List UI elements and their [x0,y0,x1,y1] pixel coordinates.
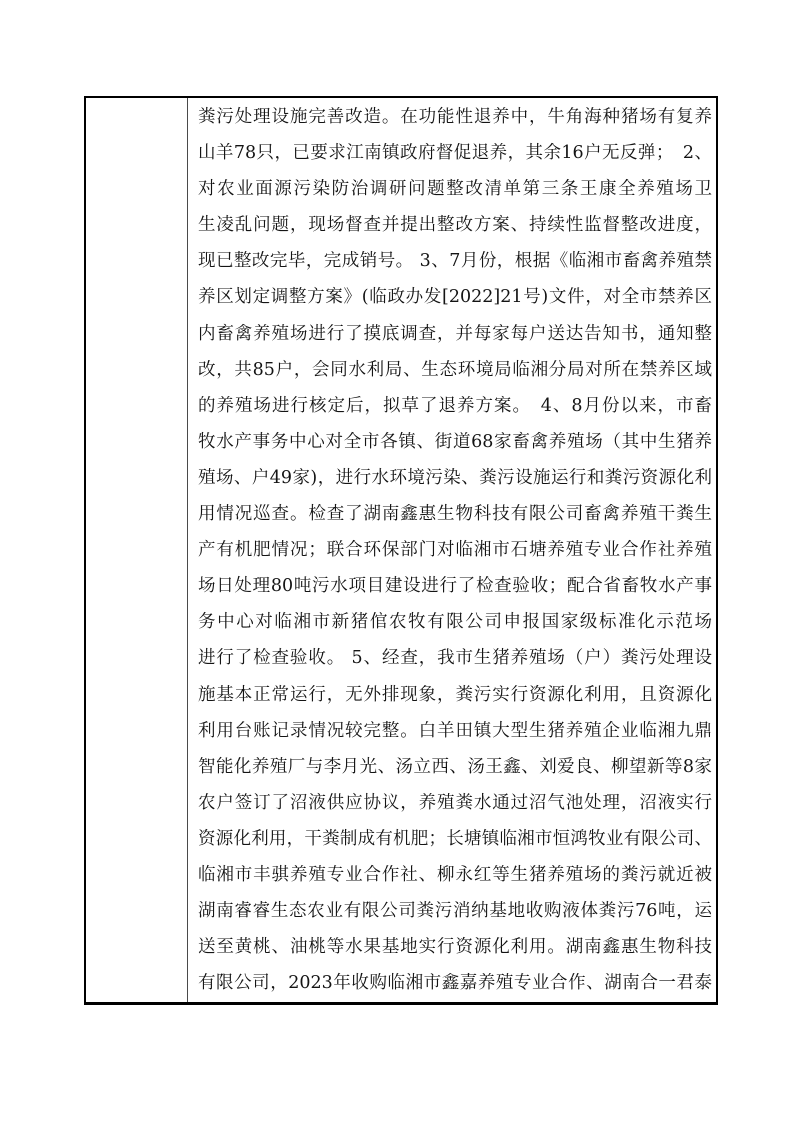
text-line: 农户签订了沼液供应协议，养殖粪水通过沼气池处理，沼液实行 [198,785,712,821]
text-line: 殖场、户49家)，进行水环境污染、粪污设施运行和粪污资源化利 [198,460,712,496]
text-line: 湖南睿睿生态农业有限公司粪污消纳基地收购液体粪污76吨，运 [198,893,712,929]
text-line: 资源化利用，干粪制成有机肥；长塘镇临湘市恒鸿牧业有限公司、 [198,821,712,857]
text-line: 内畜禽养殖场进行了摸底调查，并每家每户送达告知书，通知整 [198,316,712,352]
text-line: 产有机肥情况；联合环保部门对临湘市石塘养殖专业合作社养殖 [198,532,712,568]
text-line: 进行了检查验收。 5、经查，我市生猪养殖场（户）粪污处理设 [198,640,712,676]
text-line: 送至黄桃、油桃等水果基地实行资源化利用。湖南鑫惠生物科技 [198,929,712,965]
text-line: 养区划定调整方案》(临政办发[2022]21号)文件，对全市禁养区 [198,279,712,315]
text-line: 对农业面源污染防治调研问题整改清单第三条王康全养殖场卫 [198,171,712,207]
text-line: 利用台账记录情况较完整。白羊田镇大型生猪养殖企业临湘九鼎 [198,713,712,749]
text-line: 临湘市丰骐养殖专业合作社、柳永红等生猪养殖场的粪污就近被 [198,857,712,893]
text-line: 粪污处理设施完善改造。在功能性退养中，牛角海种猪场有复养 [198,99,712,135]
text-line: 施基本正常运行，无外排现象，粪污实行资源化利用，且资源化 [198,677,712,713]
text-line: 现已整改完毕，完成销号。 3、7月份，根据《临湘市畜禽养殖禁 [198,243,712,279]
content-table: 粪污处理设施完善改造。在功能性退养中，牛角海种猪场有复养 山羊78只，已要求江南… [84,96,718,1005]
text-line: 山羊78只，已要求江南镇政府督促退养，其余16户无反弹； 2、 [198,135,712,171]
text-line: 场日处理80吨污水项目建设进行了检查验收；配合省畜牧水产事 [198,568,712,604]
document-page: 粪污处理设施完善改造。在功能性退养中，牛角海种猪场有复养 山羊78只，已要求江南… [0,0,794,1122]
text-line: 务中心对临湘市新猪倌农牧有限公司申报国家级标准化示范场 [198,604,712,640]
text-line: 改，共85户，会同水利局、生态环境局临湘分局对所在禁养区域 [198,352,712,388]
row-content-cell: 粪污处理设施完善改造。在功能性退养中，牛角海种猪场有复养 山羊78只，已要求江南… [188,98,716,1002]
row-label-cell [86,98,188,1002]
text-line: 有限公司，2023年收购临湘市鑫嘉养殖专业合作、湖南合一君泰 [198,965,712,1001]
text-line: 生凌乱问题，现场督查并提出整改方案、持续性监督整改进度， [198,207,712,243]
text-line: 智能化养殖厂与李月光、汤立西、汤王鑫、刘爱良、柳望新等8家 [198,749,712,785]
text-line: 牧水产事务中心对全市各镇、街道68家畜禽养殖场（其中生猪养 [198,424,712,460]
text-line: 用情况巡查。检查了湖南鑫惠生物科技有限公司畜禽养殖干粪生 [198,496,712,532]
text-line: 的养殖场进行核定后，拟草了退养方案。 4、8月份以来，市畜 [198,388,712,424]
